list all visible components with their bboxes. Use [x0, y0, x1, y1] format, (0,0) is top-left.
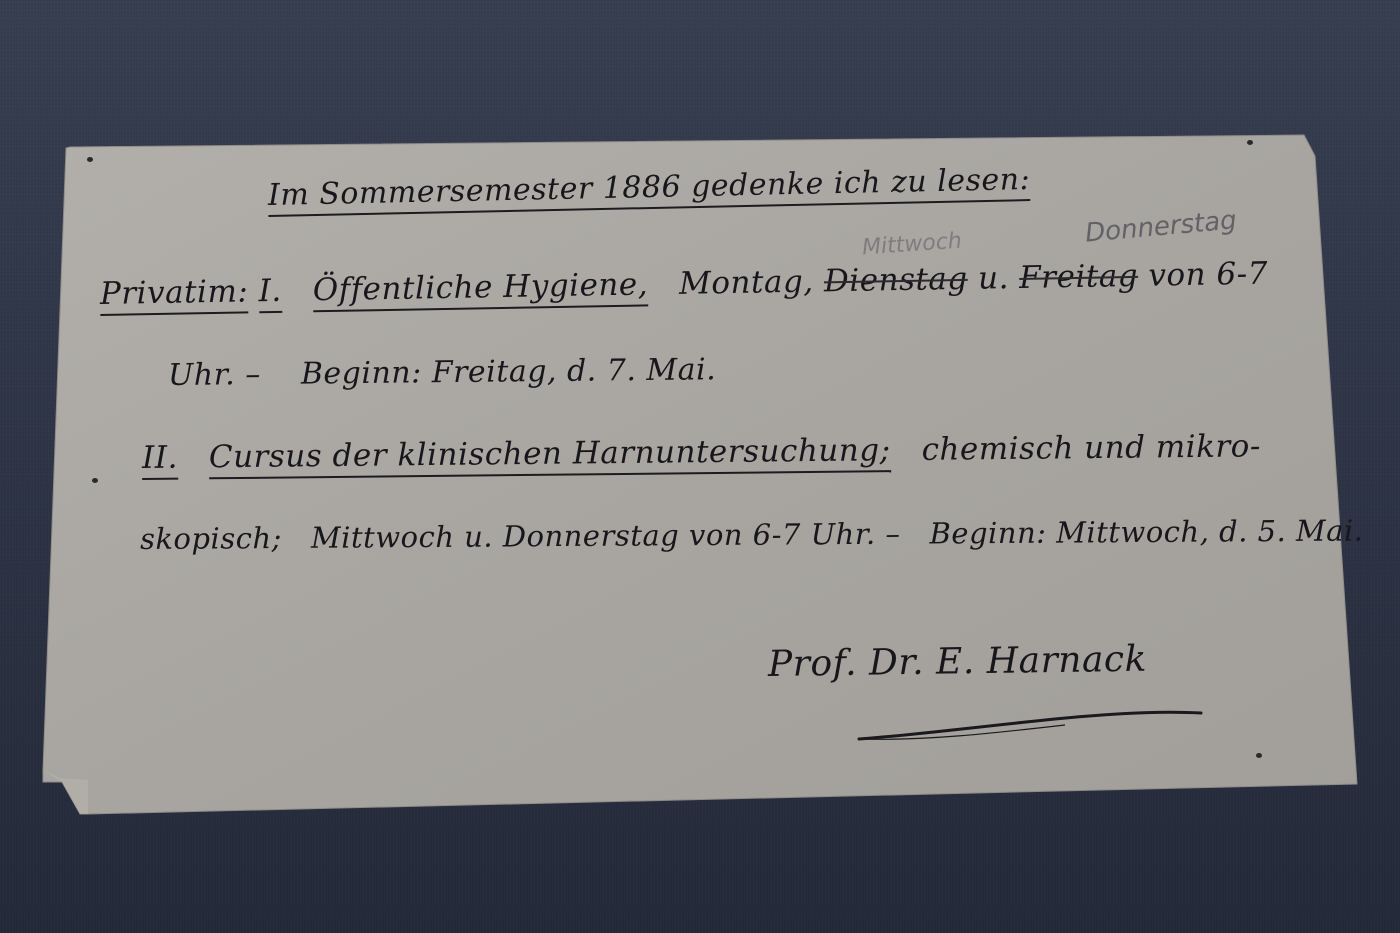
document-body: Im Sommersemester 1886 gedenke ich zu le…: [0, 0, 1400, 933]
privatim-label: Privatim:: [100, 273, 249, 316]
section-2-subtitle-a: chemisch und mikro-: [921, 428, 1261, 468]
section-1-line-2: Uhr. – Beginn: Freitag, d. 7. Mai.: [168, 352, 717, 393]
heading-text: Im Sommersemester 1886 gedenke ich zu le…: [268, 162, 1031, 217]
pencil-annotation-donnerstag: Donnerstag: [1084, 205, 1238, 248]
section-1-time: von 6-7: [1148, 256, 1268, 294]
section-1-numeral: I.: [258, 273, 282, 313]
section-1-line-1: Privatim: I. Öffentliche Hygiene, Montag…: [100, 256, 1269, 316]
section-2-line-1: II. Cursus der klinischen Harnuntersuchu…: [142, 428, 1261, 480]
section-2-numeral: II.: [142, 440, 178, 480]
section-2-line-2: skopisch; Mittwoch u. Donnerstag von 6-7…: [140, 513, 1364, 556]
section-2-subtitle-b: skopisch;: [140, 521, 282, 556]
section-2-time: von 6-7 Uhr. –: [689, 517, 901, 552]
signature-flourish: [855, 705, 1205, 745]
section-1-day-monday: Montag,: [679, 264, 814, 302]
pin-hole-mark: [1256, 753, 1262, 758]
heading-line: Im Sommersemester 1886 gedenke ich zu le…: [268, 162, 1031, 217]
section-1-title: Öffentliche Hygiene,: [312, 266, 648, 312]
pencil-annotation-mittwoch: Mittwoch: [861, 229, 962, 261]
section-1-day-struck-tuesday: Dienstag: [824, 261, 968, 300]
signature: Prof. Dr. E. Harnack: [768, 639, 1147, 685]
pin-hole-mark: [87, 157, 93, 162]
section-2-title: Cursus der klinischen Harnuntersuchung;: [209, 432, 891, 479]
pin-hole-mark: [92, 478, 98, 483]
section-2-begin-label: Beginn:: [929, 516, 1046, 551]
section-2-days: Mittwoch u. Donnerstag: [311, 518, 680, 555]
pin-hole-mark: [1247, 140, 1253, 145]
section-1-conjunction: u.: [978, 260, 1009, 297]
section-2-begin-date: Mittwoch, d. 5. Mai.: [1056, 513, 1364, 549]
section-1-time-end: Uhr. –: [168, 357, 261, 393]
signature-text: Prof. Dr. E. Harnack: [768, 639, 1147, 685]
section-1-day-struck-friday: Freitag: [1019, 258, 1138, 296]
section-1-begin-date: Freitag, d. 7. Mai.: [432, 352, 717, 390]
section-1-begin-label: Beginn:: [301, 355, 422, 391]
